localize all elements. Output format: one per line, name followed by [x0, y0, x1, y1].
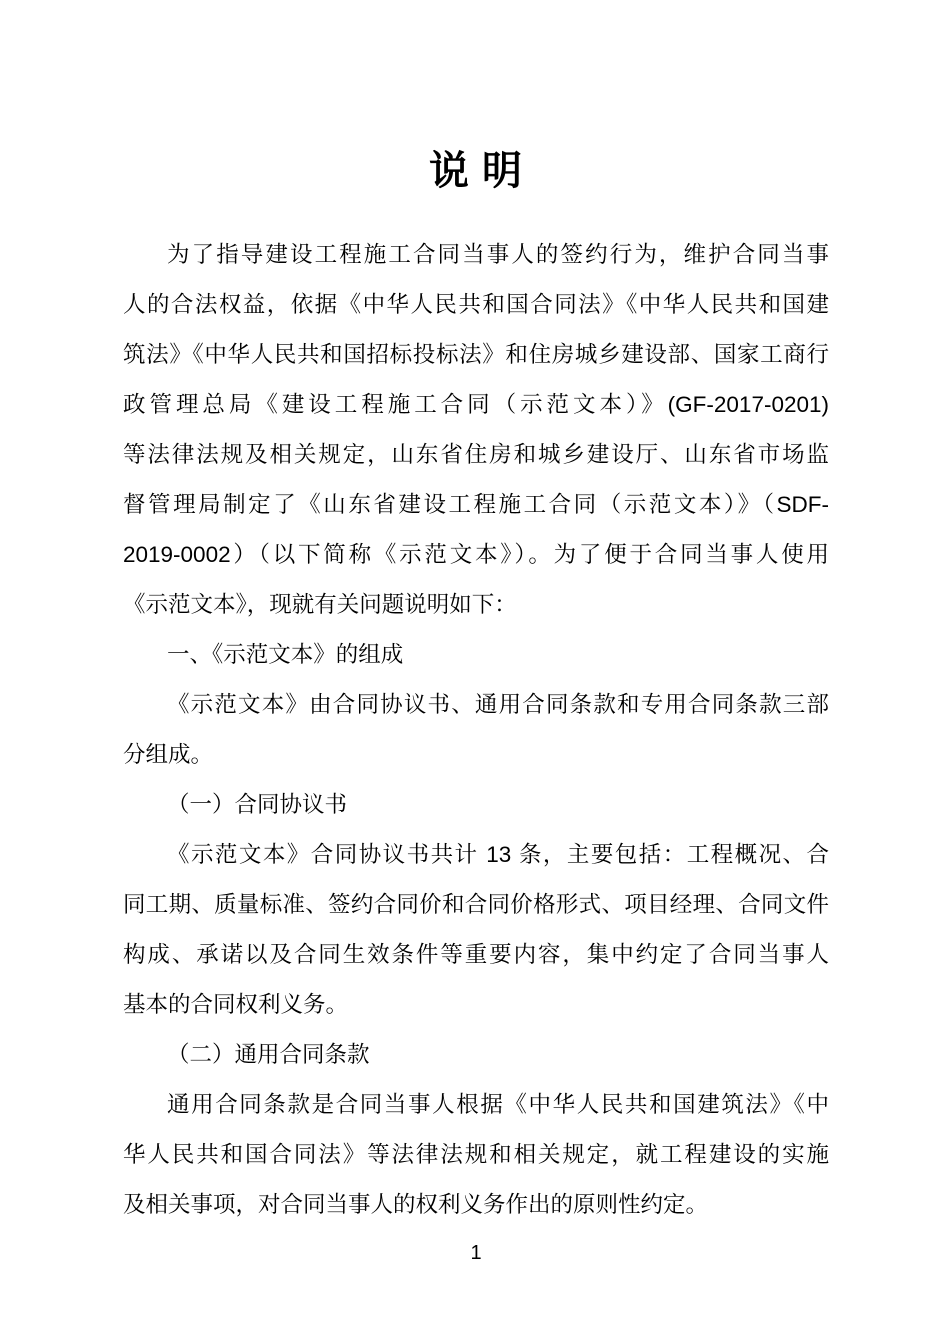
- text-line: 筑法》《中华人民共和国招标投标法》和住房城乡建设部、国家工商行: [123, 330, 829, 380]
- section-heading: 一、《示范文本》的组成: [123, 630, 829, 680]
- text-line: 《示范文本》由合同协议书、通用合同条款和专用合同条款三部: [123, 680, 829, 730]
- text-line: 同工期、质量标准、签约合同价和合同价格形式、项目经理、合同文件: [123, 880, 829, 930]
- text-line: 分组成。: [123, 730, 829, 780]
- text-line: 通用合同条款是合同当事人根据《中华人民共和国建筑法》《中: [123, 1080, 829, 1130]
- text-line: 2019-0002）（以下简称《示范文本》）。为了便于合同当事人使用: [123, 530, 829, 580]
- text-line: 《示范文本》，现就有关问题说明如下：: [123, 580, 829, 630]
- document-body: 为了指导建设工程施工合同当事人的签约行为，维护合同当事 人的合法权益，依据《中华…: [123, 230, 829, 1230]
- text-line: 《示范文本》合同协议书共计 13 条，主要包括：工程概况、合: [123, 830, 829, 880]
- text-line: 为了指导建设工程施工合同当事人的签约行为，维护合同当事: [123, 230, 829, 280]
- page-number: 1: [123, 1238, 829, 1268]
- text-line: 构成、承诺以及合同生效条件等重要内容，集中约定了合同当事人: [123, 930, 829, 980]
- text-line: 等法律法规及相关规定，山东省住房和城乡建设厅、山东省市场监: [123, 430, 829, 480]
- text-line: 督管理局制定了《山东省建设工程施工合同（示范文本）》（SDF-: [123, 480, 829, 530]
- section-heading: （二）通用合同条款: [123, 1030, 829, 1080]
- text-line: 政管理总局《建设工程施工合同（示范文本）》(GF-2017-0201): [123, 380, 829, 430]
- text-line: 及相关事项，对合同当事人的权利义务作出的原则性约定。: [123, 1180, 829, 1230]
- section-heading: （一）合同协议书: [123, 780, 829, 830]
- text-line: 基本的合同权利义务。: [123, 980, 829, 1030]
- text-line: 人的合法权益，依据《中华人民共和国合同法》《中华人民共和国建: [123, 280, 829, 330]
- document-page: 说 明 为了指导建设工程施工合同当事人的签约行为，维护合同当事 人的合法权益，依…: [0, 0, 950, 1344]
- text-line: 华人民共和国合同法》等法律法规和相关规定，就工程建设的实施: [123, 1130, 829, 1180]
- page-title: 说 明: [123, 139, 829, 203]
